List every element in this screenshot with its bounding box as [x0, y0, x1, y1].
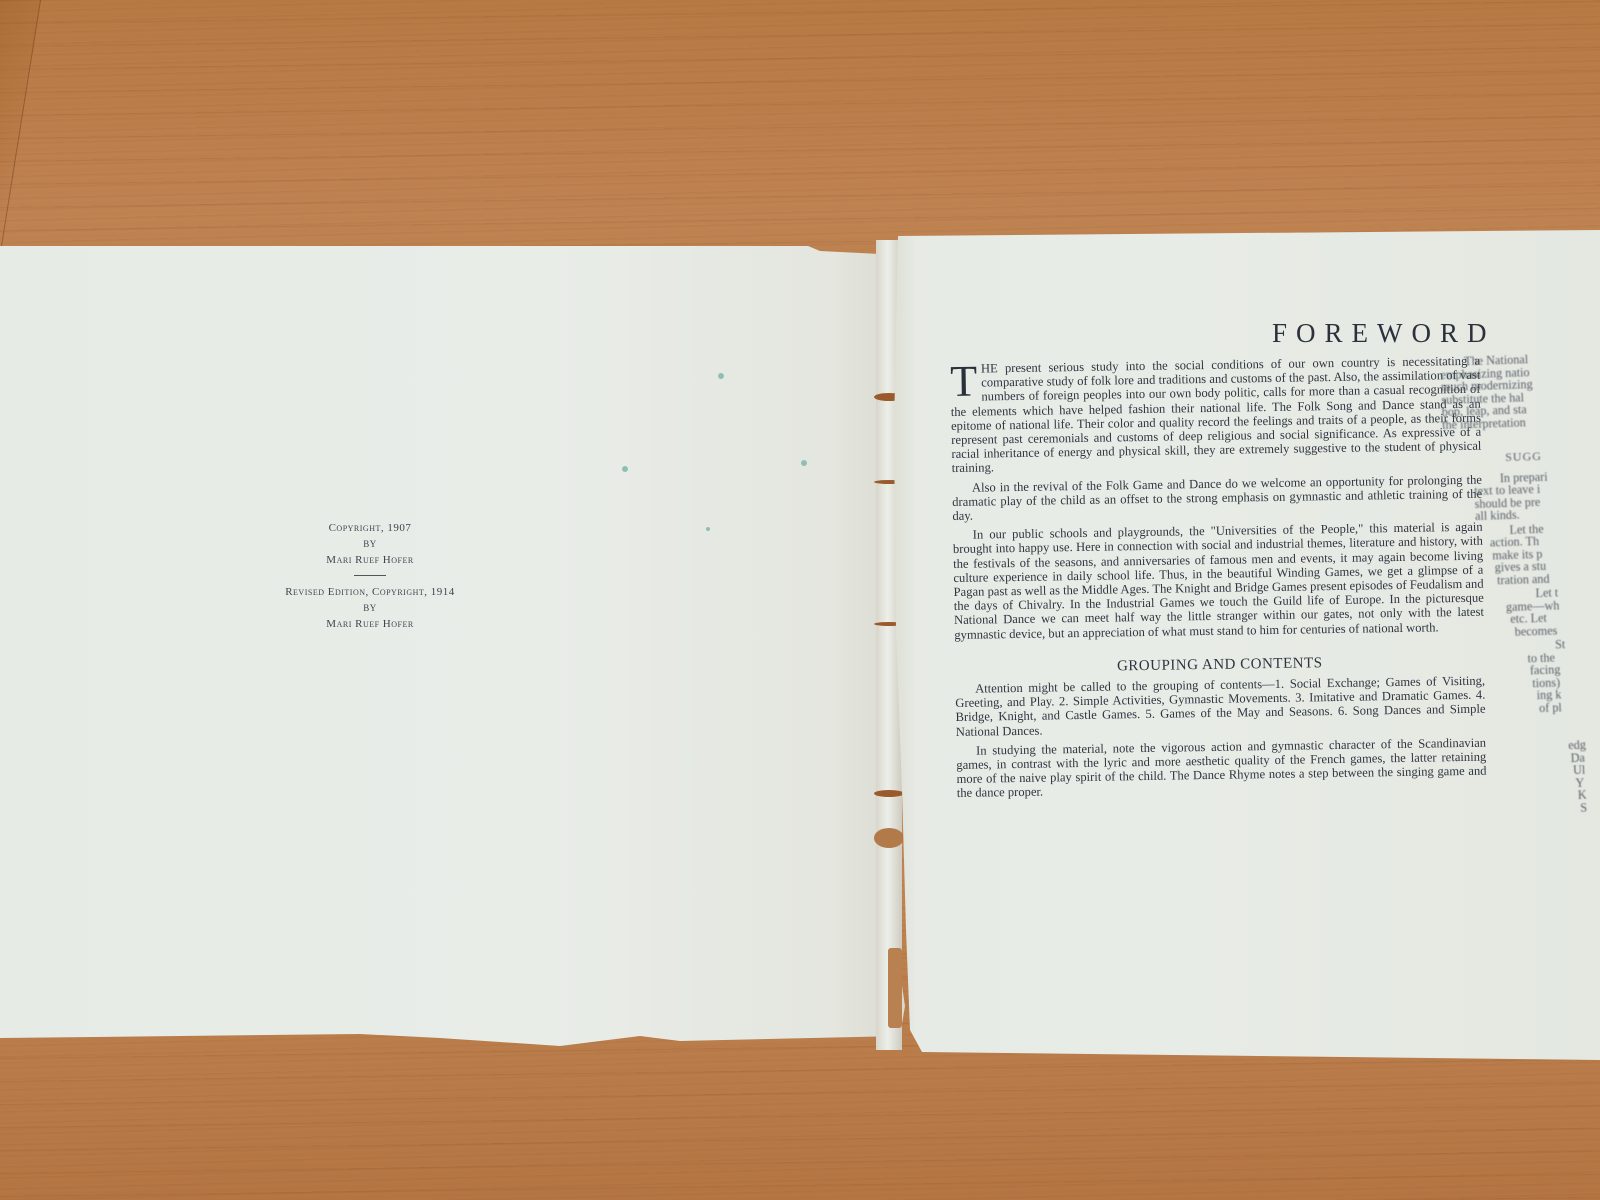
- ink-stain: [801, 460, 807, 466]
- spine-tear-hole: [888, 948, 902, 1028]
- divider: [354, 575, 386, 576]
- paragraph: Attention might be called to the groupin…: [955, 674, 1486, 739]
- wood-table-seam: [0, 0, 41, 250]
- copyright-by: by: [250, 539, 490, 549]
- copyright-author: Mari Ruef Hofer: [250, 554, 490, 566]
- paragraph: In our public schools and playgrounds, t…: [953, 520, 1485, 642]
- drop-cap: T: [950, 364, 977, 400]
- ink-stain: [622, 466, 628, 472]
- spine-tear-hole: [874, 828, 904, 848]
- copyright-by: by: [250, 603, 490, 613]
- left-page: [0, 246, 905, 1046]
- copyright-author: Mari Ruef Hofer: [250, 618, 490, 630]
- foreword-main-column: THE present serious study into the socia…: [950, 354, 1487, 806]
- revised-copyright-line: Revised Edition, Copyright, 1914: [250, 586, 490, 598]
- copyright-block: Copyright, 1907 by Mari Ruef Hofer Revis…: [250, 520, 490, 635]
- paragraph: In studying the material, note the vigor…: [956, 736, 1487, 801]
- ink-stain: [706, 527, 710, 531]
- section-heading: GROUPING AND CONTENTS: [955, 653, 1485, 676]
- section-heading: SUGG: [1505, 447, 1600, 464]
- ink-stain: [718, 373, 724, 379]
- foreword-side-column: The National emphasizing natio much mode…: [1440, 350, 1600, 818]
- spine-tear: [874, 790, 904, 797]
- paragraph: Also in the revival of the Folk Game and…: [952, 472, 1483, 523]
- paragraph: THE present serious study into the socia…: [950, 354, 1482, 476]
- copyright-line: Copyright, 1907: [250, 522, 490, 534]
- page-title: FOREWORD: [1272, 318, 1496, 349]
